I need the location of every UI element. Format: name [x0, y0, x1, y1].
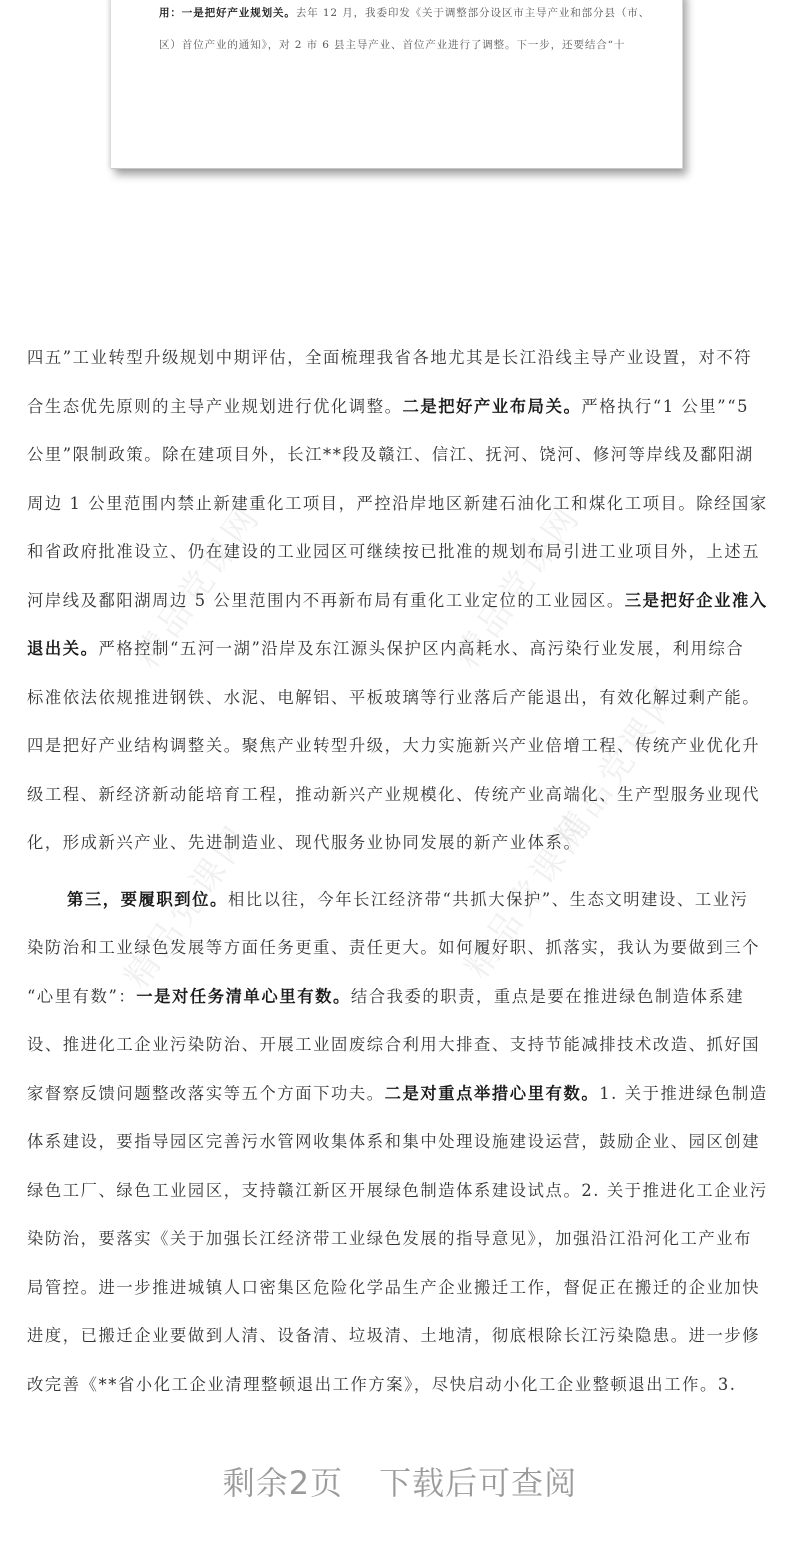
remaining-pages-download-prompt[interactable]: 剩余2页下载后可查阅 — [0, 1458, 800, 1504]
text-line: 周边 1 公里范围内禁止新建重化工项目，严控沿岸地区新建石油化工和煤化工项目。除… — [27, 486, 775, 535]
text-line: 染防治和工业绿色发展等方面任务更重、责任更大。如何履好职、抓落实，我认为要做到三… — [27, 930, 775, 979]
text-line: 染防治，要落实《关于加强长江经济带工业绿色发展的指导意见》，加强沿江沿河化工产业… — [27, 1221, 775, 1270]
preview-line-text: 区）首位产业的通知》，对 2 市 6 县主导产业、首位产业进行了调整。下一步，还… — [159, 39, 625, 51]
text-line: 标准依法依规推进钢铁、水泥、电解铝、平板玻璃等行业落后产能退出，有效化解过剩产能… — [27, 680, 775, 729]
download-hint-label: 下载后可查阅 — [379, 1464, 577, 1502]
bold-heading: 二是把好产业布局关。 — [403, 397, 582, 416]
text-line: 四五”工业转型升级规划中期评估，全面梳理我省各地尤其是长江沿线主导产业设置，对不… — [27, 340, 775, 389]
bold-heading: 第三，要履职到位。 — [67, 890, 228, 909]
remaining-pages-label: 剩余2页 — [223, 1464, 343, 1502]
text-line: 设、推进化工企业污染防治、开展工业固废综合利用大排查、支持节能减排技术改造、抓好… — [27, 1027, 775, 1076]
text-line: 河岸线及鄱阳湖周边 5 公里范围内不再新布局有重化工业定位的工业园区。三是把好企… — [27, 583, 775, 632]
text-line: “心里有数”：一是对任务清单心里有数。结合我委的职责，重点是要在推进绿色制造体系… — [27, 979, 775, 1028]
document-body: 四五”工业转型升级规划中期评估，全面梳理我省各地尤其是长江沿线主导产业设置，对不… — [27, 340, 775, 1415]
preview-line-text: 去年 12 月，我委印发《关于调整部分设区市主导产业和部分县（市、 — [296, 7, 650, 19]
text-line: 体系建设，要指导园区完善污水管网收集体系和集中处理设施建设运营，鼓励企业、园区创… — [27, 1124, 775, 1173]
text-line: 合生态优先原则的主导产业规划进行优化调整。二是把好产业布局关。严格执行“1 公里… — [27, 389, 775, 438]
text-line: 局管控。进一步推进城镇人口密集区危险化学品生产企业搬迁工作，督促正在搬迁的企业加… — [27, 1270, 775, 1319]
preview-line-bold: 用：一是把好产业规划关。 — [159, 7, 296, 19]
bold-heading: 三是把好企业准入 — [625, 591, 768, 610]
paragraph-gap — [27, 874, 775, 882]
paragraph-perform-duties: 第三，要履职到位。相比以往，今年长江经济带“共抓大保护”、生态文明建设、工业污 … — [27, 882, 775, 1416]
text-line: 公里”限制政策。除在建项目外，长江**段及赣江、信江、抚河、饶河、修河等岸线及鄱… — [27, 437, 775, 486]
text-line: 第三，要履职到位。相比以往，今年长江经济带“共抓大保护”、生态文明建设、工业污 — [27, 882, 775, 931]
text-line: 四是把好产业结构调整关。聚焦产业转型升级，大力实施新兴产业倍增工程、传统产业优化… — [27, 728, 775, 777]
text-line: 家督察反馈问题整改落实等五个方面下功夫。二是对重点举措心里有数。1. 关于推进绿… — [27, 1076, 775, 1125]
text-line: 进度，已搬迁企业要做到人清、设备清、垃圾清、土地清，彻底根除长江污染隐患。进一步… — [27, 1318, 775, 1367]
text-line: 和省政府批准设立、仍在建设的工业园区可继续按已批准的规划布局引进工业项目外，上述… — [27, 534, 775, 583]
paragraph-industry-control: 四五”工业转型升级规划中期评估，全面梳理我省各地尤其是长江沿线主导产业设置，对不… — [27, 340, 775, 874]
text-line: 绿色工厂、绿色工业园区，支持赣江新区开展绿色制造体系建设试点。2. 关于推进化工… — [27, 1173, 775, 1222]
preview-page-card: 用：一是把好产业规划关。去年 12 月，我委印发《关于调整部分设区市主导产业和部… — [111, 0, 683, 169]
bold-heading: 一是对任务清单心里有数。 — [136, 987, 351, 1006]
text-line: 化，形成新兴产业、先进制造业、现代服务业协同发展的新产业体系。 — [27, 825, 775, 874]
preview-line: 区）首位产业的通知》，对 2 市 6 县主导产业、首位产业进行了调整。下一步，还… — [159, 37, 625, 52]
text-line: 退出关。严格控制“五河一湖”沿岸及东江源头保护区内高耗水、高污染行业发展，利用综… — [27, 631, 775, 680]
bold-heading: 二是对重点举措心里有数。 — [385, 1084, 600, 1103]
text-line: 改完善《**省小化工企业清理整顿退出工作方案》，尽快启动小化工企业整顿退出工作。… — [27, 1367, 775, 1416]
preview-line: 用：一是把好产业规划关。去年 12 月，我委印发《关于调整部分设区市主导产业和部… — [159, 5, 650, 20]
bold-heading: 退出关。 — [27, 639, 99, 658]
text-line: 级工程、新经济新动能培育工程，推动新兴产业规模化、传统产业高端化、生产型服务业现… — [27, 777, 775, 826]
